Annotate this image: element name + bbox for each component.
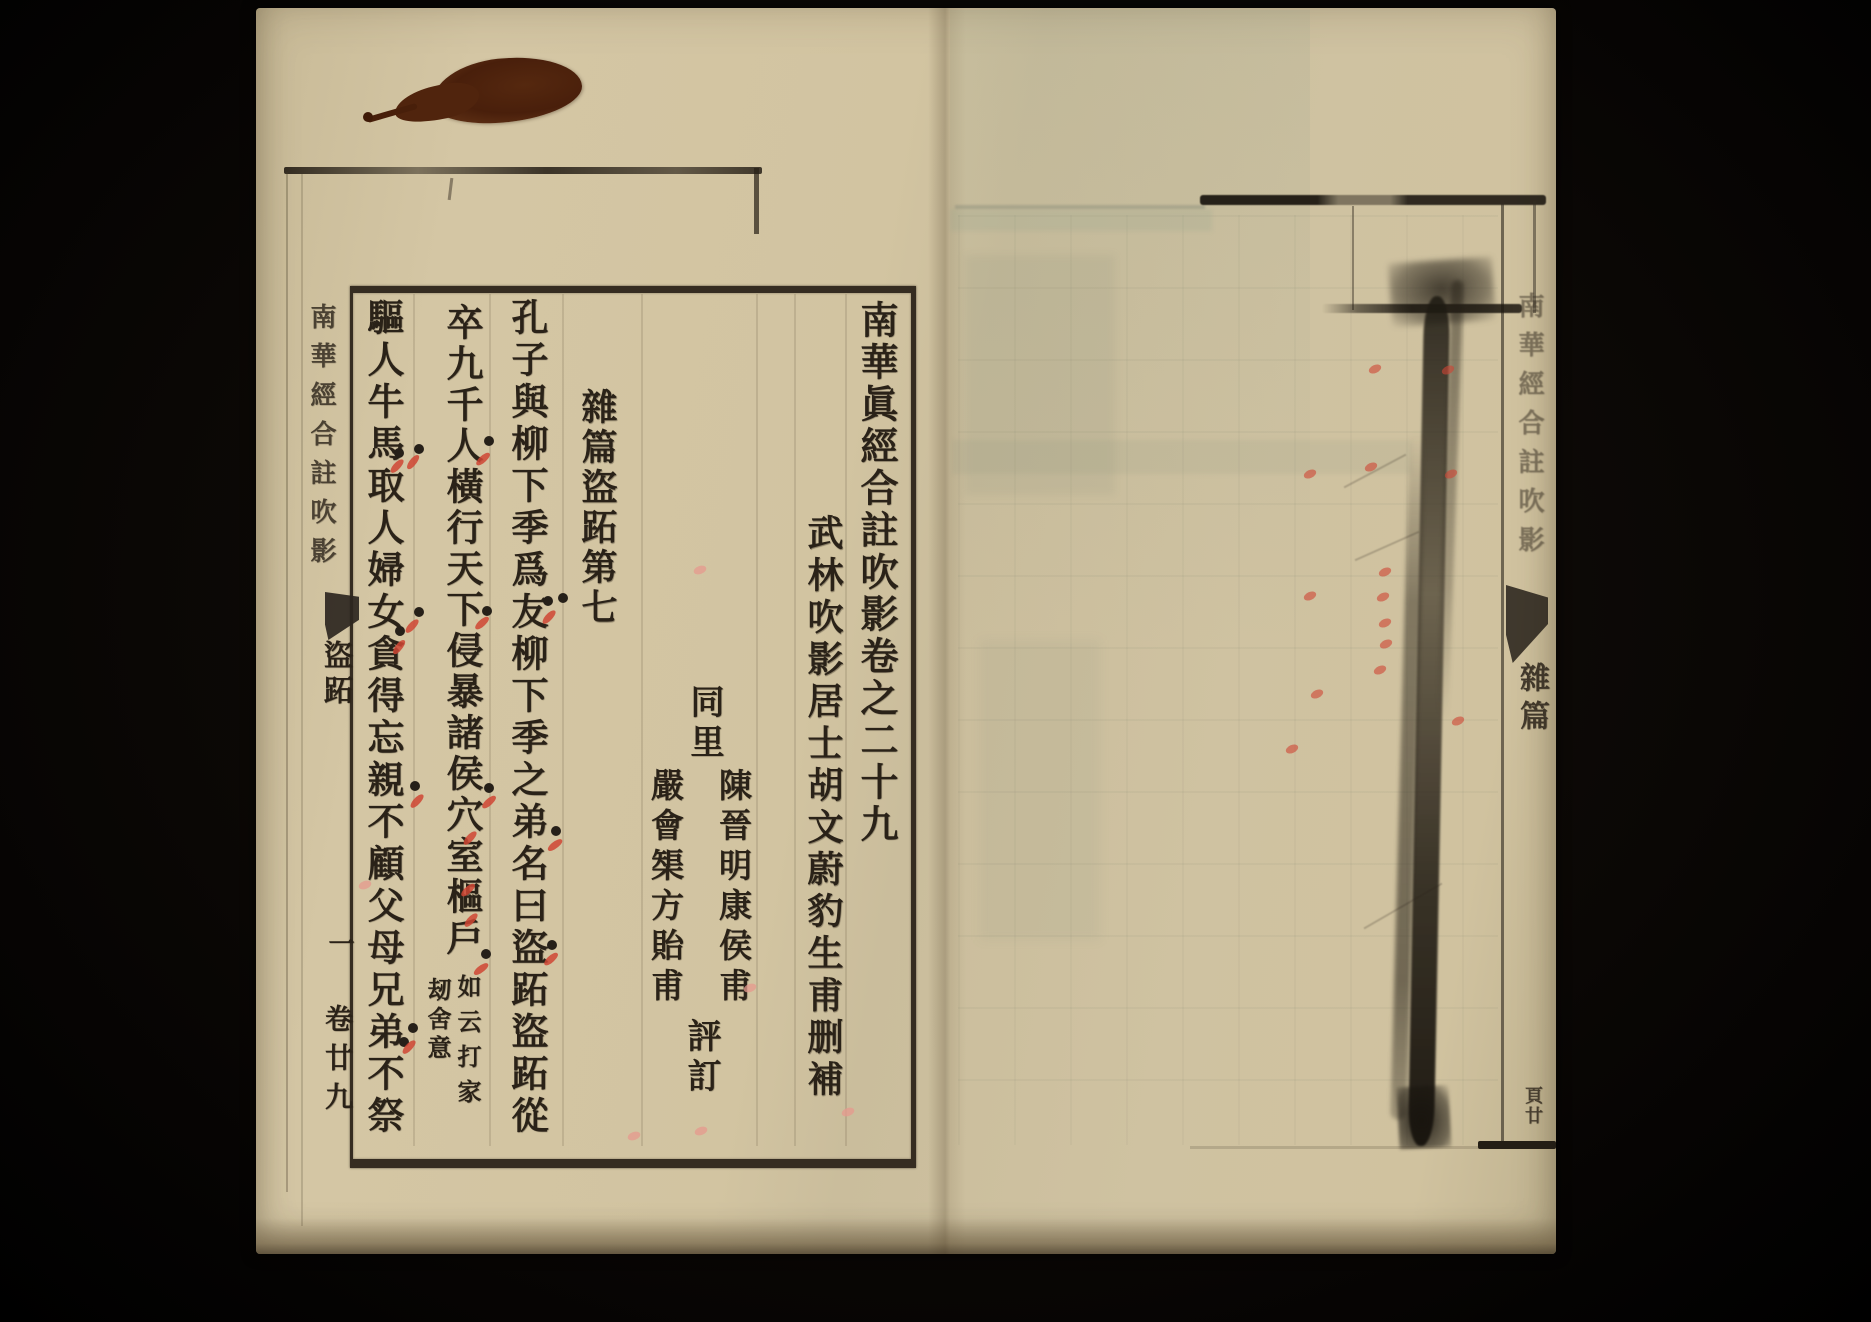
emphasis-dot bbox=[395, 626, 405, 636]
emphasis-dot bbox=[481, 949, 491, 959]
next-page-section-label: 雜篇 bbox=[1509, 662, 1553, 762]
show-through-band bbox=[950, 209, 1212, 231]
chapter-heading: 雜篇盜跖第七 bbox=[572, 388, 623, 648]
emphasis-dot bbox=[484, 783, 494, 793]
compiler-column: 武林吹影居士胡文蔚豹生甫删補 bbox=[798, 514, 849, 1134]
emphasis-dot bbox=[551, 826, 561, 836]
next-page-page-mark: 頁廿 bbox=[1519, 1086, 1545, 1146]
ink-stain-tail bbox=[363, 112, 373, 122]
emphasis-dot bbox=[410, 781, 420, 791]
emphasis-dot bbox=[482, 606, 492, 616]
faint-bottom-border bbox=[1190, 1146, 1480, 1149]
book-title-column: 南華眞經合註吹影卷之二十九 bbox=[849, 300, 904, 880]
emphasis-dot bbox=[408, 1023, 418, 1033]
emphasis-dot bbox=[543, 596, 553, 606]
page-bottom-edge bbox=[256, 1218, 1556, 1254]
spine-book-title: 南華經合註吹影 bbox=[303, 303, 340, 603]
interlinear-note-left: 刼舍意 bbox=[420, 977, 455, 1087]
next-page-spine-title: 南華經合註吹影 bbox=[1511, 292, 1548, 592]
top-rule-line bbox=[284, 167, 762, 174]
margin-rule-line bbox=[1501, 200, 1504, 1146]
spine-section-label: 盜跖 bbox=[317, 640, 358, 730]
emphasis-dot bbox=[484, 436, 494, 446]
page-edge-line bbox=[286, 172, 288, 1192]
column-rule bbox=[562, 294, 564, 1146]
column-rule bbox=[489, 294, 491, 1146]
emphasis-dot bbox=[394, 448, 404, 458]
top-rule-stub bbox=[754, 168, 759, 234]
emphasis-dot bbox=[414, 444, 424, 454]
show-through-patch bbox=[980, 640, 1100, 940]
emphasis-dot bbox=[414, 607, 424, 617]
ink-streak-foot bbox=[1396, 1085, 1451, 1150]
spine-volume-label: 卷廿九 bbox=[317, 1004, 357, 1134]
smudged-top-border bbox=[1200, 195, 1546, 205]
review-label: 評訂 bbox=[677, 1018, 726, 1128]
body-text-column-1: 孔子與柳下季爲友柳下季之弟名曰盜跖盜跖從 bbox=[500, 298, 554, 1168]
emphasis-dot bbox=[558, 593, 568, 603]
interlinear-note-right: 如云打家 bbox=[450, 974, 485, 1144]
reviewer-name-2: 嚴會榘方貽甫 bbox=[642, 768, 689, 1028]
scanned-book-spread: 南華經合註吹影 盜跖 一 卷廿九 南華眞經合註吹影卷之二十九 武林吹影居士胡文蔚… bbox=[0, 0, 1871, 1322]
spine-page-mark: 一 bbox=[321, 930, 358, 970]
frame-rule-segment bbox=[1352, 206, 1354, 310]
column-rule bbox=[413, 294, 415, 1146]
show-through-patch bbox=[965, 255, 1115, 495]
emphasis-dot bbox=[547, 940, 557, 950]
faint-rule-line bbox=[955, 205, 1205, 209]
column-rule bbox=[794, 294, 796, 1146]
